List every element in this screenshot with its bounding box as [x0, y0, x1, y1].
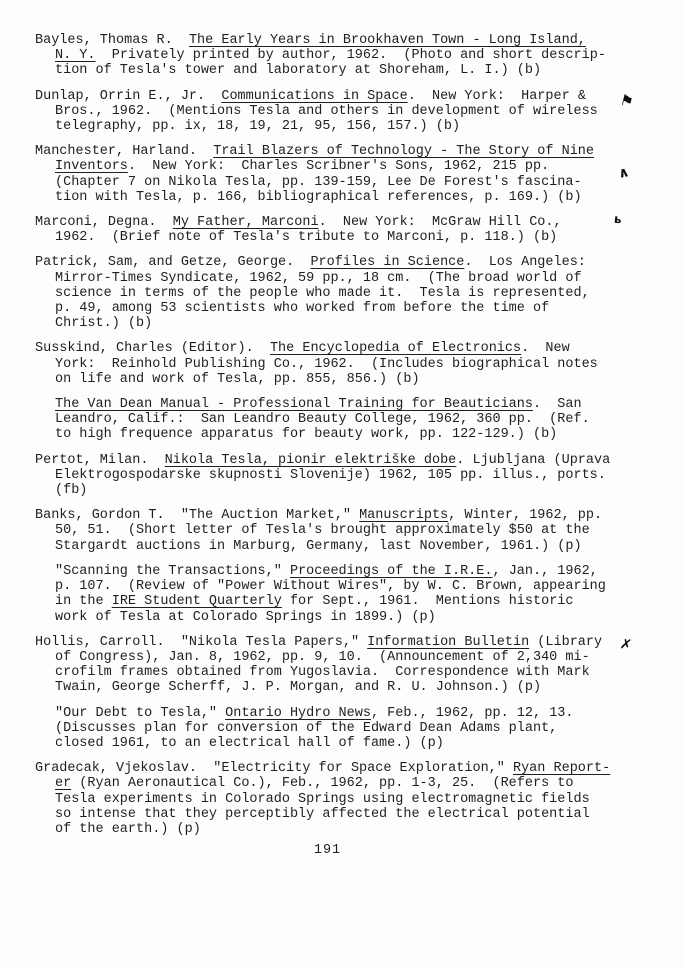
bib-line: Leandro, Calif.: San Leandro Beauty Coll…: [35, 412, 650, 427]
text-segment: "Scanning the Transactions,": [55, 564, 290, 579]
bib-line: (Discusses plan for conversion of the Ed…: [35, 721, 650, 736]
bib-entry-pertot: Pertot, Milan. Nikola Tesla, pionir elek…: [35, 453, 650, 499]
bib-line: Susskind, Charles (Editor). The Encyclop…: [35, 341, 650, 356]
bib-line: Tesla experiments in Colorado Springs us…: [35, 792, 650, 807]
text-segment: Christ.) (b): [55, 316, 152, 331]
bib-line: Bayles, Thomas R. The Early Years in Bro…: [35, 33, 650, 48]
underlined-title-segment: Proceedings of the I.R.E.: [290, 564, 493, 579]
text-segment: Manchester, Harland.: [35, 144, 213, 159]
text-segment: 50, 51. (Short letter of Tesla's brought…: [55, 523, 590, 538]
text-segment: (fb): [55, 483, 87, 498]
bib-line: closed 1961, to an electrical hall of fa…: [35, 736, 650, 751]
text-segment: Leandro, Calif.: San Leandro Beauty Coll…: [55, 412, 590, 427]
text-segment: , Feb., 1962, pp. 12, 13.: [371, 706, 574, 721]
text-segment: . New York: Harper &: [408, 89, 586, 104]
bib-entry-gradecak: Gradecak, Vjekoslav. "Electricity for Sp…: [35, 761, 650, 837]
bib-line: Gradecak, Vjekoslav. "Electricity for Sp…: [35, 761, 650, 776]
bib-line: Dunlap, Orrin E., Jr. Communications in …: [35, 89, 650, 104]
underlined-title-segment: Inventors: [55, 159, 128, 174]
text-segment: Twain, George Scherff, J. P. Morgan, and…: [55, 680, 541, 695]
underlined-title-segment: Information Bulletin: [367, 635, 529, 650]
text-segment: closed 1961, to an electrical hall of fa…: [55, 736, 444, 751]
text-segment: p. 49, among 53 scientists who worked fr…: [55, 301, 549, 316]
text-segment: in the: [55, 594, 112, 609]
underlined-title-segment: IRE Student Quarterly: [112, 594, 282, 609]
bib-line: crofilm frames obtained from Yugoslavia.…: [35, 665, 650, 680]
bib-line: Inventors. New York: Charles Scribner's …: [35, 159, 650, 174]
bib-line: to high frequence apparatus for beauty w…: [35, 427, 650, 442]
text-segment: , Winter, 1962, pp.: [448, 508, 602, 523]
text-segment: Tesla experiments in Colorado Springs us…: [55, 792, 590, 807]
bib-entry-bayles: Bayles, Thomas R. The Early Years in Bro…: [35, 33, 650, 79]
bib-line: er (Ryan Aeronautical Co.), Feb., 1962, …: [35, 776, 650, 791]
underlined-title-segment: N. Y.: [55, 48, 96, 63]
bib-line: telegraphy, pp. ix, 18, 19, 21, 95, 156,…: [35, 119, 650, 134]
text-segment: on life and work of Tesla, pp. 855, 856.…: [55, 372, 420, 387]
underlined-title-segment: er: [55, 776, 71, 791]
text-segment: Susskind, Charles (Editor).: [35, 341, 270, 356]
text-segment: Privately printed by author, 1962. (Phot…: [96, 48, 606, 63]
text-segment: (Discusses plan for conversion of the Ed…: [55, 721, 557, 736]
text-segment: , Jan., 1962,: [493, 564, 598, 579]
bib-entry-marconi: Marconi, Degna. My Father, Marconi. New …: [35, 215, 650, 245]
text-segment: Gradecak, Vjekoslav. "Electricity for Sp…: [35, 761, 513, 776]
text-segment: . New: [521, 341, 570, 356]
bib-line: of the earth.) (p): [35, 822, 650, 837]
text-segment: Mirror-Times Syndicate, 1962, 59 pp., 18…: [55, 271, 582, 286]
bib-line: Manchester, Harland. Trail Blazers of Te…: [35, 144, 650, 159]
text-segment: of the earth.) (p): [55, 822, 201, 837]
bib-line: p. 49, among 53 scientists who worked fr…: [35, 301, 650, 316]
bib-line: in the IRE Student Quarterly for Sept., …: [35, 594, 650, 609]
bib-line: p. 107. (Review of "Power Without Wires"…: [35, 579, 650, 594]
text-segment: "Our Debt to Tesla,": [55, 706, 225, 721]
underlined-title-segment: The Early Years in Brookhaven Town - Lon…: [189, 33, 586, 48]
underlined-title-segment: Profiles in Science: [310, 255, 464, 270]
text-segment: for Sept., 1961. Mentions historic: [282, 594, 574, 609]
text-segment: . New York: Charles Scribner's Sons, 196…: [128, 159, 549, 174]
page-number: 191: [0, 843, 655, 858]
bib-line: tion with Tesla, p. 166, bibliographical…: [35, 190, 650, 205]
text-segment: Stargardt auctions in Marburg, Germany, …: [55, 539, 582, 554]
bib-line: Christ.) (b): [35, 316, 650, 331]
bib-line: Pertot, Milan. Nikola Tesla, pionir elek…: [35, 453, 650, 468]
bib-entry-manchester: Manchester, Harland. Trail Blazers of Te…: [35, 144, 650, 205]
text-segment: 1962. (Brief note of Tesla's tribute to …: [55, 230, 557, 245]
bib-line: (Chapter 7 on Nikola Tesla, pp. 139-159,…: [35, 175, 650, 190]
text-segment: Marconi, Degna.: [35, 215, 173, 230]
text-segment: Hollis, Carroll. "Nikola Tesla Papers,": [35, 635, 367, 650]
underlined-title-segment: Communications in Space: [221, 89, 407, 104]
bib-line: Bros., 1962. (Mentions Tesla and others …: [35, 104, 650, 119]
bib-entry-van-dean: The Van Dean Manual - Professional Train…: [35, 397, 650, 443]
bib-line: "Our Debt to Tesla," Ontario Hydro News,…: [35, 706, 650, 721]
text-segment: to high frequence apparatus for beauty w…: [55, 427, 557, 442]
text-segment: Bayles, Thomas R.: [35, 33, 189, 48]
bib-line: Marconi, Degna. My Father, Marconi. New …: [35, 215, 650, 230]
text-segment: Elektrogospodarske skupnosti Slovenije) …: [55, 468, 606, 483]
bib-line: Elektrogospodarske skupnosti Slovenije) …: [35, 468, 650, 483]
bib-line: Patrick, Sam, and Getze, George. Profile…: [35, 255, 650, 270]
text-segment: of Congress), Jan. 8, 1962, pp. 9, 10. (…: [55, 650, 590, 665]
bibliography: Bayles, Thomas R. The Early Years in Bro…: [35, 33, 650, 837]
bib-entry-our-debt-to-tesla: "Our Debt to Tesla," Ontario Hydro News,…: [35, 706, 650, 752]
bib-entry-banks: Banks, Gordon T. "The Auction Market," M…: [35, 508, 650, 554]
text-segment: tion with Tesla, p. 166, bibliographical…: [55, 190, 582, 205]
bib-line: Twain, George Scherff, J. P. Morgan, and…: [35, 680, 650, 695]
bib-line: work of Tesla at Colorado Springs in 189…: [35, 610, 650, 625]
text-segment: Bros., 1962. (Mentions Tesla and others …: [55, 104, 598, 119]
bib-line: York: Reinhold Publishing Co., 1962. (In…: [35, 357, 650, 372]
text-segment: work of Tesla at Colorado Springs in 189…: [55, 610, 436, 625]
bib-line: 1962. (Brief note of Tesla's tribute to …: [35, 230, 650, 245]
text-segment: . Los Angeles:: [464, 255, 586, 270]
bib-line: The Van Dean Manual - Professional Train…: [35, 397, 650, 412]
text-segment: so intense that they perceptibly affecte…: [55, 807, 590, 822]
text-segment: Dunlap, Orrin E., Jr.: [35, 89, 221, 104]
text-segment: Pertot, Milan.: [35, 453, 165, 468]
text-segment: York: Reinhold Publishing Co., 1962. (In…: [55, 357, 598, 372]
bib-line: Stargardt auctions in Marburg, Germany, …: [35, 539, 650, 554]
underlined-title-segment: Trail Blazers of Technology - The Story …: [213, 144, 594, 159]
text-segment: Banks, Gordon T. "The Auction Market,": [35, 508, 359, 523]
underlined-title-segment: The Encyclopedia of Electronics: [270, 341, 521, 356]
text-segment: (Chapter 7 on Nikola Tesla, pp. 139-159,…: [55, 175, 582, 190]
text-segment: (Ryan Aeronautical Co.), Feb., 1962, pp.…: [71, 776, 573, 791]
text-segment: p. 107. (Review of "Power Without Wires"…: [55, 579, 606, 594]
text-segment: Patrick, Sam, and Getze, George.: [35, 255, 310, 270]
bib-line: of Congress), Jan. 8, 1962, pp. 9, 10. (…: [35, 650, 650, 665]
text-segment: . San: [533, 397, 582, 412]
underlined-title-segment: The Van Dean Manual - Professional Train…: [55, 397, 533, 412]
bib-line: (fb): [35, 483, 650, 498]
bib-entry-patrick: Patrick, Sam, and Getze, George. Profile…: [35, 255, 650, 331]
bib-line: "Scanning the Transactions," Proceedings…: [35, 564, 650, 579]
underlined-title-segment: Ontario Hydro News: [225, 706, 371, 721]
text-segment: (Library: [529, 635, 602, 650]
text-segment: science in terms of the people who made …: [55, 286, 590, 301]
bib-line: science in terms of the people who made …: [35, 286, 650, 301]
underlined-title-segment: My Father, Marconi: [173, 215, 319, 230]
bib-line: 50, 51. (Short letter of Tesla's brought…: [35, 523, 650, 538]
bib-entry-dunlap: Dunlap, Orrin E., Jr. Communications in …: [35, 89, 650, 135]
underlined-title-segment: Manuscripts: [359, 508, 448, 523]
bib-line: tion of Tesla's tower and laboratory at …: [35, 63, 650, 78]
bib-line: on life and work of Tesla, pp. 855, 856.…: [35, 372, 650, 387]
bib-entry-susskind: Susskind, Charles (Editor). The Encyclop…: [35, 341, 650, 387]
text-segment: telegraphy, pp. ix, 18, 19, 21, 95, 156,…: [55, 119, 460, 134]
bib-entry-scanning-the-transactions: "Scanning the Transactions," Proceedings…: [35, 564, 650, 625]
text-segment: tion of Tesla's tower and laboratory at …: [55, 63, 541, 78]
text-segment: . Ljubljana (Uprava: [456, 453, 610, 468]
bib-line: Hollis, Carroll. "Nikola Tesla Papers," …: [35, 635, 650, 650]
bib-line: N. Y. Privately printed by author, 1962.…: [35, 48, 650, 63]
text-segment: . New York: McGraw Hill Co.,: [319, 215, 562, 230]
bib-line: Mirror-Times Syndicate, 1962, 59 pp., 18…: [35, 271, 650, 286]
bib-line: Banks, Gordon T. "The Auction Market," M…: [35, 508, 650, 523]
underlined-title-segment: Ryan Report-: [513, 761, 610, 776]
text-segment: crofilm frames obtained from Yugoslavia.…: [55, 665, 590, 680]
bib-line: so intense that they perceptibly affecte…: [35, 807, 650, 822]
bib-entry-hollis: Hollis, Carroll. "Nikola Tesla Papers," …: [35, 635, 650, 696]
scanned-document-page: Bayles, Thomas R. The Early Years in Bro…: [0, 0, 685, 970]
underlined-title-segment: Nikola Tesla, pionir elektriške dobe: [165, 453, 457, 468]
